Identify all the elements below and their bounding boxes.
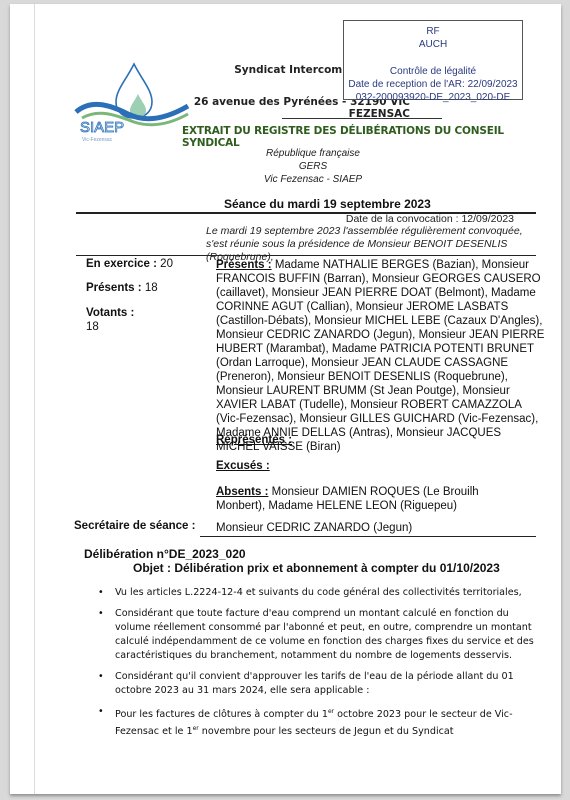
convocation-date: Date de la convocation : 12/09/2023 xyxy=(346,213,514,225)
list-item: •Vu les articles L.2224-12-4 et suivants… xyxy=(98,586,538,600)
bullet-icon: • xyxy=(98,607,104,621)
stamp-control: Contrôle de légalité xyxy=(344,65,522,78)
list-item: •Considérant qu'il convient d'approuver … xyxy=(98,670,538,698)
excuses-label: Excusés : xyxy=(216,459,270,473)
list-item: •Considérant que toute facture d'eau com… xyxy=(98,607,538,663)
document-page: SIAEP Vic-Fezensac Syndicat Intercommuna… xyxy=(10,4,561,794)
stamp-city: AUCH xyxy=(344,38,522,51)
deliberation-number: Délibération n°DE_2023_020 xyxy=(84,547,246,561)
bullet-icon: • xyxy=(98,670,104,684)
stamp-reference: 032-200093920-DE_2023_020-DE xyxy=(344,91,522,104)
seance-title: Séance du mardi 19 septembre 2023 xyxy=(224,197,431,211)
margin-line xyxy=(34,4,35,794)
secretaire-label: Secrétaire de séance : xyxy=(74,520,195,532)
commune-line: Vic Fezensac - SIAEP xyxy=(248,174,378,185)
votants-count: 18 xyxy=(86,321,99,333)
list-item: •Pour les factures de clôtures à compter… xyxy=(98,705,538,739)
stamp-reception-date: Date de reception de l'AR: 22/09/2023 xyxy=(344,78,522,91)
en-exercice-count: En exercice : 20 xyxy=(86,258,173,270)
stamp-rf: RF xyxy=(344,25,522,38)
secretaire-divider xyxy=(200,536,536,537)
presents-list: Présents : Madame NATHALIE BERGES (Bazia… xyxy=(216,258,546,454)
absents-list: Absents : Monsieur DAMIEN ROQUES (Le Bro… xyxy=(216,485,526,513)
bullet-icon: • xyxy=(98,705,104,719)
republique-line: République française xyxy=(248,148,378,159)
bullet-icon: • xyxy=(98,586,104,600)
svg-text:Vic-Fezensac: Vic-Fezensac xyxy=(82,137,113,143)
siaep-logo-icon: SIAEP Vic-Fezensac xyxy=(72,60,192,144)
deliberation-considerations: •Vu les articles L.2224-12-4 et suivants… xyxy=(98,586,538,746)
presents-count: Présents : 18 xyxy=(86,282,158,294)
representes-label: Représentés : xyxy=(216,433,292,447)
deliberation-objet: Objet : Délibération prix et abonnement … xyxy=(133,561,500,575)
department-line: GERS xyxy=(248,161,378,172)
svg-text:SIAEP: SIAEP xyxy=(80,119,124,136)
legality-control-stamp: RF AUCH Contrôle de légalité Date de rec… xyxy=(343,20,523,100)
extrait-title: EXTRAIT DU REGISTRE DES DÉLIBÉRATIONS DU… xyxy=(182,125,561,149)
org-name-line2: de xyxy=(190,81,360,93)
secretaire-value: Monsieur CEDRIC ZANARDO (Jegun) xyxy=(216,521,412,535)
attendance-divider xyxy=(76,255,536,256)
header-divider xyxy=(282,118,442,119)
votants-label: Votants : xyxy=(86,307,134,319)
